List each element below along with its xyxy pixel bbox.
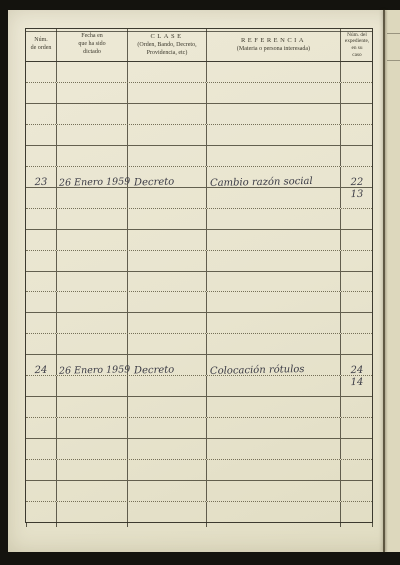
header-fecha-line: dictado — [83, 49, 101, 57]
cell-referencia — [207, 376, 341, 396]
table-row — [26, 146, 372, 167]
cell-num-orden — [26, 481, 57, 501]
cell-num-orden — [26, 460, 57, 480]
handwritten-text: 23 — [26, 176, 56, 188]
cell-fecha — [57, 313, 128, 333]
header-clase: CLASE(Orden, Bando, Decreto,Providencia,… — [128, 29, 207, 61]
cell-fecha — [57, 125, 128, 145]
cell-num-expediente — [341, 397, 373, 417]
handwritten-text: Decreto — [128, 176, 175, 188]
table-row — [26, 62, 372, 83]
cell-referencia — [207, 418, 341, 438]
cell-fecha: 26 Enero 1959 — [57, 167, 128, 187]
cell-num-orden — [26, 376, 57, 396]
cell-num-expediente — [341, 313, 373, 333]
header-referencia-line: REFERENCIA — [241, 36, 306, 46]
handwritten-text: 22 — [341, 176, 373, 188]
header-clase-line: Providencia, etc) — [147, 50, 188, 58]
table-row — [26, 397, 372, 418]
cell-num-expediente — [341, 418, 373, 438]
header-num-expediente-line: caso — [352, 52, 361, 59]
cell-clase — [128, 376, 207, 396]
table-row — [26, 209, 372, 230]
cell-clase — [128, 188, 207, 208]
cell-num-orden — [26, 104, 57, 124]
cell-num-expediente — [341, 502, 373, 522]
header-fecha-line: Fecha en — [81, 33, 103, 41]
table-row: 14 — [26, 376, 372, 397]
cell-fecha — [57, 502, 128, 522]
handwritten-text: 24 — [26, 365, 56, 377]
cell-clase — [128, 104, 207, 124]
header-clase-line: CLASE — [150, 32, 183, 42]
cell-referencia — [207, 334, 341, 354]
cell-fecha: 26 Enero 1959 — [57, 355, 128, 375]
handwritten-text: 26 Enero 1959 — [57, 365, 130, 378]
header-num-expediente-line: Núm. del — [347, 32, 367, 39]
table-row: 13 — [26, 188, 372, 209]
header-num-expediente-line: expediente, — [345, 38, 369, 45]
cell-num-expediente — [341, 272, 373, 292]
table-row — [26, 502, 372, 522]
cell-clase — [128, 125, 207, 145]
cell-num-expediente: 14 — [341, 376, 373, 396]
cell-fecha — [57, 439, 128, 459]
handwritten-text: Decreto — [128, 365, 175, 377]
handwritten-text: 13 — [341, 188, 373, 200]
table-row — [26, 460, 372, 481]
cell-fecha — [57, 460, 128, 480]
cell-num-orden — [26, 230, 57, 250]
cell-fecha — [57, 272, 128, 292]
table-row — [26, 313, 372, 334]
header-referencia: REFERENCIA(Materia o persona interesada) — [207, 29, 341, 61]
header-num-orden: Núm.de orden — [26, 29, 57, 61]
table-row — [26, 439, 372, 460]
cell-referencia — [207, 292, 341, 312]
cell-num-expediente — [341, 334, 373, 354]
cell-referencia: Colocación rótulos — [207, 355, 341, 375]
cell-num-expediente: 22 — [341, 167, 373, 187]
cell-clase — [128, 209, 207, 229]
cell-num-orden — [26, 62, 57, 82]
cell-fecha — [57, 188, 128, 208]
header-fecha-line: que ha sido — [78, 41, 105, 49]
cell-referencia — [207, 104, 341, 124]
cell-clase — [128, 272, 207, 292]
cell-referencia — [207, 439, 341, 459]
table-row: 2326 Enero 1959DecretoCambio razón socia… — [26, 167, 372, 188]
cell-num-expediente: 24 — [341, 355, 373, 375]
cell-num-expediente — [341, 104, 373, 124]
registry-table: Núm.de ordenFecha enque ha sidodictadoCL… — [25, 28, 373, 523]
cell-num-orden — [26, 272, 57, 292]
cell-referencia — [207, 62, 341, 82]
cell-clase — [128, 230, 207, 250]
cell-referencia — [207, 83, 341, 103]
cell-clase — [128, 481, 207, 501]
cell-fecha — [57, 209, 128, 229]
table-row — [26, 104, 372, 125]
cell-fecha — [57, 397, 128, 417]
table-row — [26, 83, 372, 104]
cell-clase — [128, 439, 207, 459]
handwritten-text: 14 — [341, 377, 373, 389]
cell-referencia — [207, 313, 341, 333]
cell-referencia — [207, 188, 341, 208]
cell-num-expediente: 13 — [341, 188, 373, 208]
table-row — [26, 230, 372, 251]
adjacent-page-strip — [385, 10, 400, 552]
cell-num-orden: 24 — [26, 355, 57, 375]
cell-num-orden — [26, 188, 57, 208]
cell-num-expediente — [341, 62, 373, 82]
cell-clase — [128, 292, 207, 312]
cell-referencia: Cambio razón social — [207, 167, 341, 187]
cell-num-expediente — [341, 460, 373, 480]
cell-num-expediente — [341, 481, 373, 501]
cell-referencia — [207, 460, 341, 480]
header-num-expediente-line: en su — [351, 45, 362, 52]
cell-num-orden — [26, 209, 57, 229]
cell-num-orden — [26, 439, 57, 459]
page-gutter-shadow — [383, 10, 385, 552]
cell-clase: Decreto — [128, 167, 207, 187]
cell-referencia — [207, 251, 341, 271]
cell-num-orden — [26, 125, 57, 145]
cell-clase — [128, 313, 207, 333]
cell-clase — [128, 83, 207, 103]
cell-num-orden — [26, 397, 57, 417]
cell-referencia — [207, 146, 341, 166]
cell-referencia — [207, 397, 341, 417]
header-num-orden-line: de orden — [31, 45, 52, 53]
cell-fecha — [57, 83, 128, 103]
cell-clase — [128, 334, 207, 354]
cell-referencia — [207, 502, 341, 522]
cell-num-expediente — [341, 209, 373, 229]
table-row: 2426 Enero 1959DecretoColocación rótulos… — [26, 355, 372, 376]
cell-num-orden — [26, 334, 57, 354]
cell-clase — [128, 502, 207, 522]
cell-clase — [128, 62, 207, 82]
cell-num-orden: 23 — [26, 167, 57, 187]
cell-clase — [128, 418, 207, 438]
header-fecha: Fecha enque ha sidodictado — [57, 29, 128, 61]
cell-referencia — [207, 125, 341, 145]
header-referencia-line: (Materia o persona interesada) — [237, 46, 310, 54]
cell-referencia — [207, 481, 341, 501]
cell-referencia — [207, 209, 341, 229]
cell-num-expediente — [341, 251, 373, 271]
cell-num-orden — [26, 83, 57, 103]
cell-num-expediente — [341, 292, 373, 312]
table-row — [26, 272, 372, 293]
table-row — [26, 334, 372, 355]
cell-num-expediente — [341, 125, 373, 145]
cell-referencia — [207, 272, 341, 292]
cell-num-expediente — [341, 83, 373, 103]
cell-fecha — [57, 481, 128, 501]
table-row — [26, 125, 372, 146]
table-row — [26, 251, 372, 272]
cell-num-orden — [26, 502, 57, 522]
cell-clase — [128, 460, 207, 480]
cell-num-orden — [26, 313, 57, 333]
cell-referencia — [207, 230, 341, 250]
cell-fecha — [57, 251, 128, 271]
cell-num-expediente — [341, 230, 373, 250]
cell-fecha — [57, 334, 128, 354]
cell-fecha — [57, 104, 128, 124]
cell-fecha — [57, 292, 128, 312]
cell-num-orden — [26, 292, 57, 312]
table-row — [26, 418, 372, 439]
adjacent-page-rule — [387, 60, 400, 61]
cell-num-expediente — [341, 439, 373, 459]
cell-fecha — [57, 230, 128, 250]
handwritten-text: 24 — [341, 365, 373, 377]
cell-num-orden — [26, 418, 57, 438]
cell-clase — [128, 397, 207, 417]
cell-num-orden — [26, 251, 57, 271]
table-row — [26, 292, 372, 313]
cell-fecha — [57, 418, 128, 438]
table-row — [26, 481, 372, 502]
table-header: Núm.de ordenFecha enque ha sidodictadoCL… — [26, 29, 372, 62]
cell-fecha — [57, 62, 128, 82]
header-num-expediente: Núm. delexpediente,en sucaso — [341, 29, 373, 61]
adjacent-page-rule — [387, 33, 400, 34]
cell-fecha — [57, 376, 128, 396]
cell-clase: Decreto — [128, 355, 207, 375]
cell-clase — [128, 251, 207, 271]
table-body: 2326 Enero 1959DecretoCambio razón socia… — [26, 62, 372, 522]
cell-clase — [128, 146, 207, 166]
ledger-page: Núm.de ordenFecha enque ha sidodictadoCL… — [8, 10, 400, 552]
scanned-document: { "table": { "columns": [ {"name": "num-… — [0, 0, 400, 565]
header-num-orden-line: Núm. — [34, 37, 48, 45]
cell-num-orden — [26, 146, 57, 166]
cell-num-expediente — [341, 146, 373, 166]
cell-fecha — [57, 146, 128, 166]
handwritten-text: 26 Enero 1959 — [57, 176, 130, 189]
